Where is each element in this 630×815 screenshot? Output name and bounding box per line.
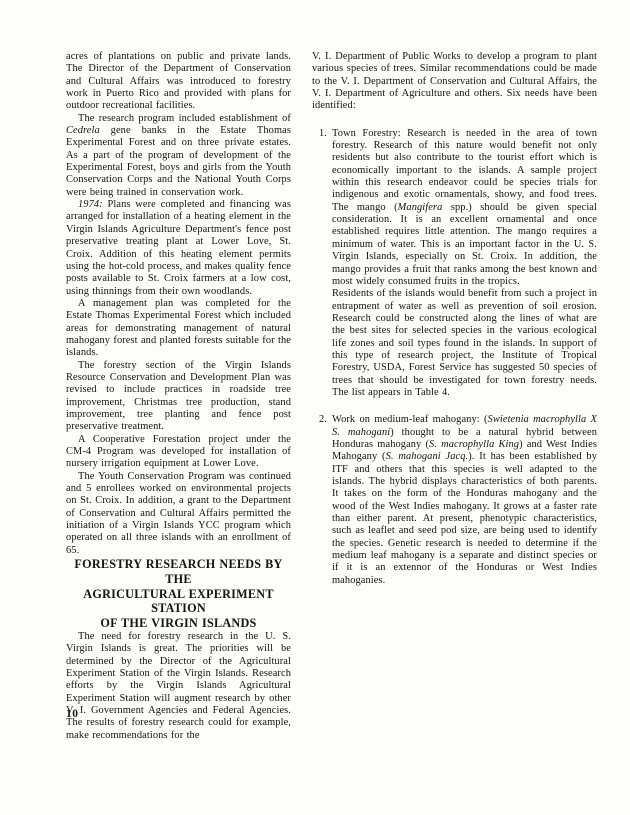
paragraph-continued: acres of plantations on public and priva… xyxy=(66,51,291,113)
section-heading: FORESTRY RESEARCH NEEDS BY THE AGRICULTU… xyxy=(66,557,291,631)
paragraph: A Cooperative Forestation project under … xyxy=(66,434,291,471)
paragraph: The forestry section of the Virgin Islan… xyxy=(66,360,291,434)
paragraph: Residents of the islands would benefit f… xyxy=(332,288,597,399)
paragraph: 1974: Plans were completed and financing… xyxy=(66,199,291,298)
list-item-number: 1. xyxy=(319,128,332,400)
list-item-number: 2. xyxy=(319,414,332,587)
paragraph: A management plan was completed for the … xyxy=(66,298,291,360)
paragraph-continued: V. I. Department of Public Works to deve… xyxy=(312,51,597,113)
page-number: 10 xyxy=(66,708,79,720)
document-page: acres of plantations on public and priva… xyxy=(0,0,630,815)
right-column: V. I. Department of Public Works to deve… xyxy=(312,51,597,587)
paragraph: The research program included establishm… xyxy=(66,113,291,199)
list-item-body: Town Forestry: Research is needed in the… xyxy=(332,128,597,400)
paragraph: Work on medium-leaf mahogany: (Swietenia… xyxy=(332,414,597,587)
list-item-town-forestry: 1. Town Forestry: Research is needed in … xyxy=(312,128,597,400)
list-item-mahogany: 2. Work on medium-leaf mahogany: (Swiete… xyxy=(312,414,597,587)
paragraph: The Youth Conservation Program was conti… xyxy=(66,471,291,557)
left-column: acres of plantations on public and priva… xyxy=(66,51,291,742)
paragraph: The need for forestry research in the U.… xyxy=(66,631,291,742)
paragraph: Town Forestry: Research is needed in the… xyxy=(332,128,597,288)
list-item-body: Work on medium-leaf mahogany: (Swietenia… xyxy=(332,414,597,587)
